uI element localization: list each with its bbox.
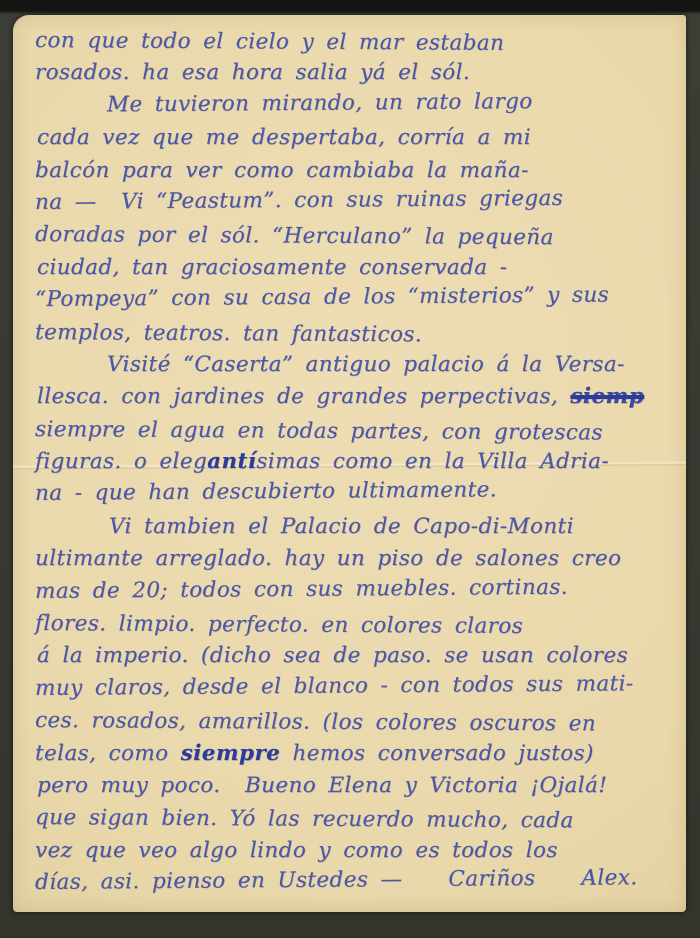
handwritten-line: con que todo el cielo y el mar estaban [35,25,676,61]
text-segment: hemos conversado justos) [280,741,594,766]
handwritten-line: muy claros, desde el blanco - con todos … [35,668,676,705]
text-segment: flores. limpio. perfecto. en colores cla… [35,611,523,639]
text-segment: que sigan bien. Yó las recuerdo mucho, c… [35,805,574,833]
text-segment: rosados. ha esa hora salia yá el sól. [35,60,470,85]
handwritten-line: cada vez que me despertaba, corría a mi [37,122,678,154]
text-segment: na - que han descubierto ultimamente. [35,478,497,507]
text-segment: telas, como [35,741,181,766]
text-segment: figuras. o eleg [35,449,207,474]
text-segment: na — Vi “Peastum”. con sus ruinas griega… [35,186,563,215]
handwritten-line: na - que han descubierto ultimamente. [35,473,676,510]
handwritten-line: pero muy poco. Bueno Elena y Victoria ¡O… [37,770,678,802]
text-segment: siempre [181,741,281,766]
handwritten-line: llesca. con jardines de grandes perpecti… [37,381,678,413]
text-segment: doradas por el sól. “Herculano” la peque… [35,222,554,250]
handwritten-line: Visité “Caserta” antiguo palacio á la Ve… [35,349,676,381]
text-segment: Cariños [448,866,535,892]
handwritten-line: siempre el agua en todas partes, con gro… [35,414,676,450]
handwritten-line: Vi tambien el Palacio de Capo-di-Monti [37,511,678,543]
handwritten-line: “Pompeya” con su casa de los “misterios”… [35,279,676,316]
handwritten-line: mas de 20; todos con sus muebles. cortin… [35,571,676,608]
text-segment: Vi tambien el Palacio de Capo-di-Monti [109,514,574,539]
text-segment: á la imperio. (dicho sea de paso. se usa… [37,643,628,668]
handwritten-line: templos, teatros. tan fantasticos. [35,317,676,353]
letter-body: con que todo el cielo y el mar estabanro… [35,25,676,904]
text-segment: antí [207,449,256,474]
scanner-background: con que todo el cielo y el mar estabanro… [0,0,700,938]
text-segment: ciudad, tan graciosamente conservada - [37,255,507,280]
handwritten-line: ces. rosados, amarillos. (los colores os… [35,705,676,741]
text-segment: “Pompeya” con su casa de los “misterios”… [35,283,609,313]
handwritten-line: telas, como siempre hemos conversado jus… [35,738,676,770]
text-segment: Me tuvieron mirando, un rato largo [107,89,533,117]
handwritten-line: que sigan bien. Yó las recuerdo mucho, c… [35,802,676,838]
text-segment: ces. rosados, amarillos. (los colores os… [35,708,596,736]
text-segment: muy claros, desde el blanco - con todos … [35,671,634,701]
text-segment: Visité “Caserta” antiguo palacio á la Ve… [107,352,625,377]
handwritten-line: días, asi. pienso en Ustedes —CariñosAle… [35,862,676,899]
text-segment: vez que veo algo lindo y como es todos l… [35,838,558,863]
text-segment: con que todo el cielo y el mar estaban [35,28,504,56]
text-segment: templos, teatros. tan fantasticos. [35,320,422,347]
text-segment: pero muy poco. Bueno Elena y Victoria ¡O… [37,773,607,798]
struck-word: siemp [570,384,644,409]
text-segment: días, asi. pienso en Ustedes — [35,867,403,895]
text-segment: siempre el agua en todas partes, con gro… [35,417,603,445]
text-segment: simas como en la Villa Adria- [256,449,609,474]
handwritten-line: Me tuvieron mirando, un rato largo [35,85,676,122]
handwritten-line: doradas por el sól. “Herculano” la peque… [35,219,676,255]
handwritten-line: na — Vi “Peastum”. con sus ruinas griega… [35,182,676,219]
text-segment: cada vez que me despertaba, corría a mi [37,125,531,150]
handwritten-line: flores. limpio. perfecto. en colores cla… [35,608,676,644]
text-segment: llesca. con jardines de grandes perpecti… [37,384,570,409]
text-segment: ultimante arreglado. hay un piso de salo… [35,546,621,571]
text-segment: mas de 20; todos con sus muebles. cortin… [35,574,568,603]
letter-paper: con que todo el cielo y el mar estabanro… [13,15,686,912]
text-segment: Alex. [581,865,637,890]
text-segment: balcón para ver como cambiaba la maña- [35,158,529,183]
